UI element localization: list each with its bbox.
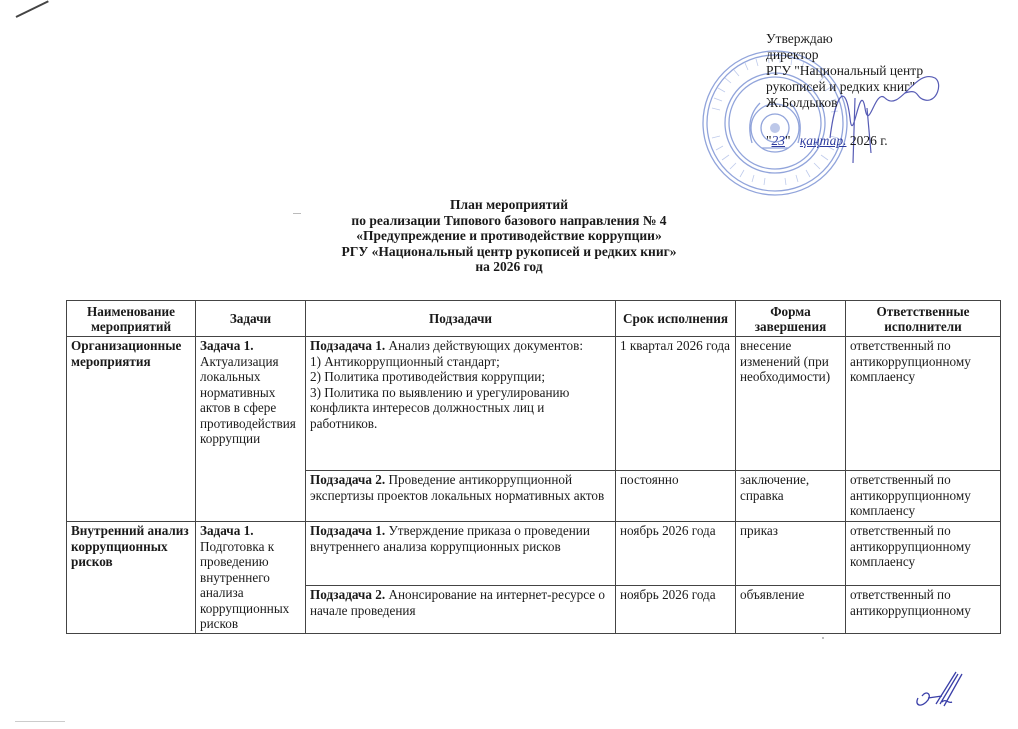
subtask-cell: Подзадача 1. Анализ действующих документ… — [306, 337, 616, 471]
column-header-subtasks: Подзадачи — [306, 301, 616, 337]
task-text: Актуализация локальных нормативных актов… — [200, 354, 296, 447]
column-header-responsible: Ответственные исполнители — [846, 301, 1001, 337]
plan-table: Наименование мероприятий Задачи Подзадач… — [66, 300, 1001, 634]
initials-signature-icon — [912, 668, 972, 712]
completion-form-cell: внесение изменений (при необходимости) — [736, 337, 846, 471]
responsible-cell: ответственный по антикоррупционному — [846, 586, 1001, 633]
column-header-tasks: Задачи — [196, 301, 306, 337]
task-text: Подготовка к проведению внутреннего анал… — [200, 539, 289, 632]
approval-line: Утверждаю — [766, 31, 923, 47]
approval-signatory: Ж.Болдыков — [766, 95, 923, 111]
deadline-cell: ноябрь 2026 года — [616, 522, 736, 586]
title-line: План мероприятий — [0, 197, 1018, 213]
event-name: Организационные мероприятия — [67, 337, 196, 522]
task-label: Задача 1. — [200, 523, 254, 538]
column-header-events: Наименование мероприятий — [67, 301, 196, 337]
table-row: Внутренний анализ коррупционных рисков З… — [67, 522, 1001, 586]
completion-form-cell: объявление — [736, 586, 846, 633]
title-line: по реализации Типового базового направле… — [0, 213, 1018, 229]
column-header-completion-form: Форма завершения — [736, 301, 846, 337]
completion-form-cell: приказ — [736, 522, 846, 586]
responsible-cell: ответственный по антикоррупционному комп… — [846, 522, 1001, 586]
task-cell: Задача 1. Актуализация локальных нормати… — [196, 337, 306, 522]
date-month: қаңтар. — [800, 133, 847, 149]
responsible-cell: ответственный по антикоррупционному комп… — [846, 471, 1001, 522]
subtask-label: Подзадача 2. — [310, 472, 385, 487]
subtask-label: Подзадача 1. — [310, 523, 385, 538]
subtask-label: Подзадача 1. — [310, 338, 385, 353]
responsible-cell: ответственный по антикоррупционному комп… — [846, 337, 1001, 471]
approval-block: Утверждаю директор РГУ "Национальный цен… — [766, 31, 923, 149]
table-header-row: Наименование мероприятий Задачи Подзадач… — [67, 301, 1001, 337]
date-year: 2026 г. — [850, 133, 888, 148]
title-line: РГУ «Национальный центр рукописей и редк… — [0, 244, 1018, 260]
subtask-cell: Подзадача 1. Утверждение приказа о прове… — [306, 522, 616, 586]
scan-artifact — [15, 721, 65, 722]
subtask-item: 2) Политика противодействия коррупции; — [310, 369, 611, 385]
deadline-cell: ноябрь 2026 года — [616, 586, 736, 633]
date-quote-close: " — [785, 133, 791, 148]
subtask-label: Подзадача 2. — [310, 587, 385, 602]
date-day: 23 — [772, 133, 786, 149]
title-line: на 2026 год — [0, 259, 1018, 275]
document-title: План мероприятий по реализации Типового … — [0, 197, 1018, 275]
column-header-deadline: Срок исполнения — [616, 301, 736, 337]
task-cell: Задача 1. Подготовка к проведению внутре… — [196, 522, 306, 634]
deadline-cell: 1 квартал 2026 года — [616, 337, 736, 471]
completion-form-cell: заключение, справка — [736, 471, 846, 522]
approval-org-line-2: рукописей и редких книг" — [766, 79, 923, 95]
scan-artifact — [822, 637, 824, 639]
deadline-cell: постоянно — [616, 471, 736, 522]
subtask-text: Анализ действующих документов: — [388, 338, 583, 353]
scan-corner-mark — [16, 0, 49, 18]
subtask-cell: Подзадача 2. Анонсирование на интернет-р… — [306, 586, 616, 633]
title-line: «Предупреждение и противодействие корруп… — [0, 228, 1018, 244]
subtask-cell: Подзадача 2. Проведение антикоррупционно… — [306, 471, 616, 522]
approval-date: "23" қаңтар. 2026 г. — [766, 133, 923, 149]
task-label: Задача 1. — [200, 338, 254, 353]
event-name: Внутренний анализ коррупционных рисков — [67, 522, 196, 634]
approval-org-line-1: РГУ "Национальный центр — [766, 63, 923, 79]
approval-position: директор — [766, 47, 923, 63]
table-row: Организационные мероприятия Задача 1. Ак… — [67, 337, 1001, 471]
subtask-item: 3) Политика по выявлению и урегулировани… — [310, 385, 611, 432]
subtask-item: 1) Антикоррупционный стандарт; — [310, 354, 611, 370]
